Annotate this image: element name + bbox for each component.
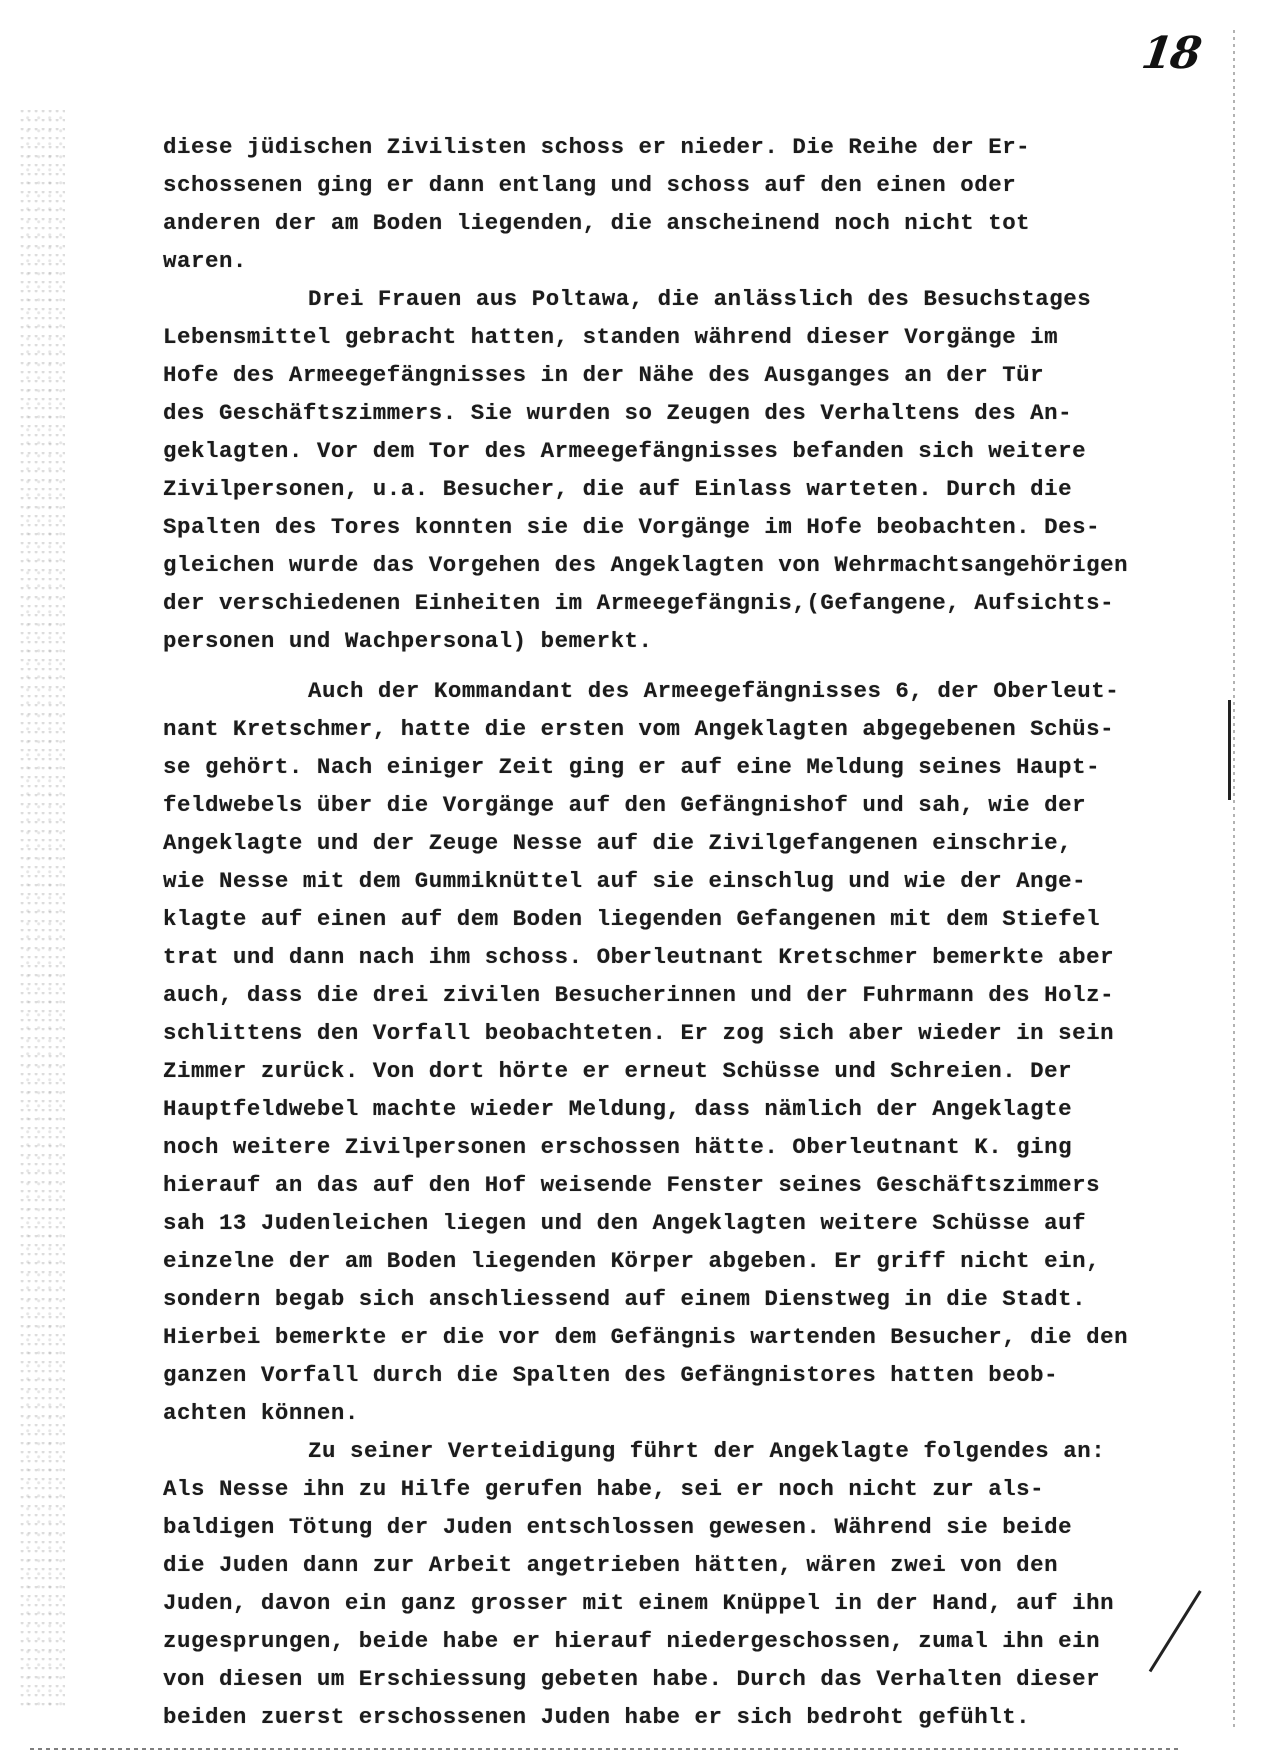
text-line: gleichen wurde das Vorgehen des Angeklag… [163,546,1243,584]
text-line: Auch der Kommandant des Armeegefängnisse… [163,672,1243,710]
text-line: beiden zuerst erschossenen Juden habe er… [163,1698,1243,1736]
handwritten-page-number: 18 [1138,28,1202,79]
paragraph: Zu seiner Verteidigung führt der Angekla… [163,1432,1243,1736]
text-line: geklagten. Vor dem Tor des Armeegefängni… [163,432,1243,470]
text-line: diese jüdischen Zivilisten schoss er nie… [163,128,1243,166]
text-line: anderen der am Boden liegenden, die ansc… [163,204,1243,242]
text-line: die Juden dann zur Arbeit angetrieben hä… [163,1546,1243,1584]
text-line: trat und dann nach ihm schoss. Oberleutn… [163,938,1243,976]
text-line: schossenen ging er dann entlang und scho… [163,166,1243,204]
text-line: baldigen Tötung der Juden entschlossen g… [163,1508,1243,1546]
text-line: Lebensmittel gebracht hatten, standen wä… [163,318,1243,356]
text-line: sondern begab sich anschliessend auf ein… [163,1280,1243,1318]
text-line: Zivilpersonen, u.a. Besucher, die auf Ei… [163,470,1243,508]
text-line: Zimmer zurück. Von dort hörte er erneut … [163,1052,1243,1090]
bottom-edge [30,1748,1180,1750]
text-line: personen und Wachpersonal) bemerkt. [163,622,1243,660]
text-line: Hauptfeldwebel machte wieder Meldung, da… [163,1090,1243,1128]
text-line: feldwebels über die Vorgänge auf den Gef… [163,786,1243,824]
text-line: wie Nesse mit dem Gummiknüttel auf sie e… [163,862,1243,900]
text-line: noch weitere Zivilpersonen erschossen hä… [163,1128,1243,1166]
text-line: Hierbei bemerkte er die vor dem Gefängni… [163,1318,1243,1356]
text-line: Spalten des Tores konnten sie die Vorgän… [163,508,1243,546]
text-line: se gehört. Nach einiger Zeit ging er auf… [163,748,1243,786]
document-page: 18 diese jüdischen Zivilisten schoss er … [0,0,1275,1755]
text-line: Juden, davon ein ganz grosser mit einem … [163,1584,1243,1622]
text-line: der verschiedenen Einheiten im Armeegefä… [163,584,1243,622]
text-line: nant Kretschmer, hatte die ersten vom An… [163,710,1243,748]
typewritten-text: diese jüdischen Zivilisten schoss er nie… [163,128,1243,1736]
text-line: schlittens den Vorfall beobachteten. Er … [163,1014,1243,1052]
text-line: Zu seiner Verteidigung führt der Angekla… [163,1432,1243,1470]
text-line: Drei Frauen aus Poltawa, die anlässlich … [163,280,1243,318]
text-line: achten können. [163,1394,1243,1432]
text-line: hierauf an das auf den Hof weisende Fens… [163,1166,1243,1204]
paragraph: diese jüdischen Zivilisten schoss er nie… [163,128,1243,280]
paragraph: Auch der Kommandant des Armeegefängnisse… [163,672,1243,1432]
text-line: Angeklagte und der Zeuge Nesse auf die Z… [163,824,1243,862]
scan-edge-left [20,110,65,1710]
text-line: Als Nesse ihn zu Hilfe gerufen habe, sei… [163,1470,1243,1508]
text-line: des Geschäftszimmers. Sie wurden so Zeug… [163,394,1243,432]
paragraph: Drei Frauen aus Poltawa, die anlässlich … [163,280,1243,660]
text-line: klagte auf einen auf dem Boden liegenden… [163,900,1243,938]
text-line: Hofe des Armeegefängnisses in der Nähe d… [163,356,1243,394]
text-line: zugesprungen, beide habe er hierauf nied… [163,1622,1243,1660]
text-line: auch, dass die drei zivilen Besucherinne… [163,976,1243,1014]
text-line: ganzen Vorfall durch die Spalten des Gef… [163,1356,1243,1394]
text-line: einzelne der am Boden liegenden Körper a… [163,1242,1243,1280]
text-line: waren. [163,242,1243,280]
text-line: von diesen um Erschiessung gebeten habe.… [163,1660,1243,1698]
text-line: sah 13 Judenleichen liegen und den Angek… [163,1204,1243,1242]
